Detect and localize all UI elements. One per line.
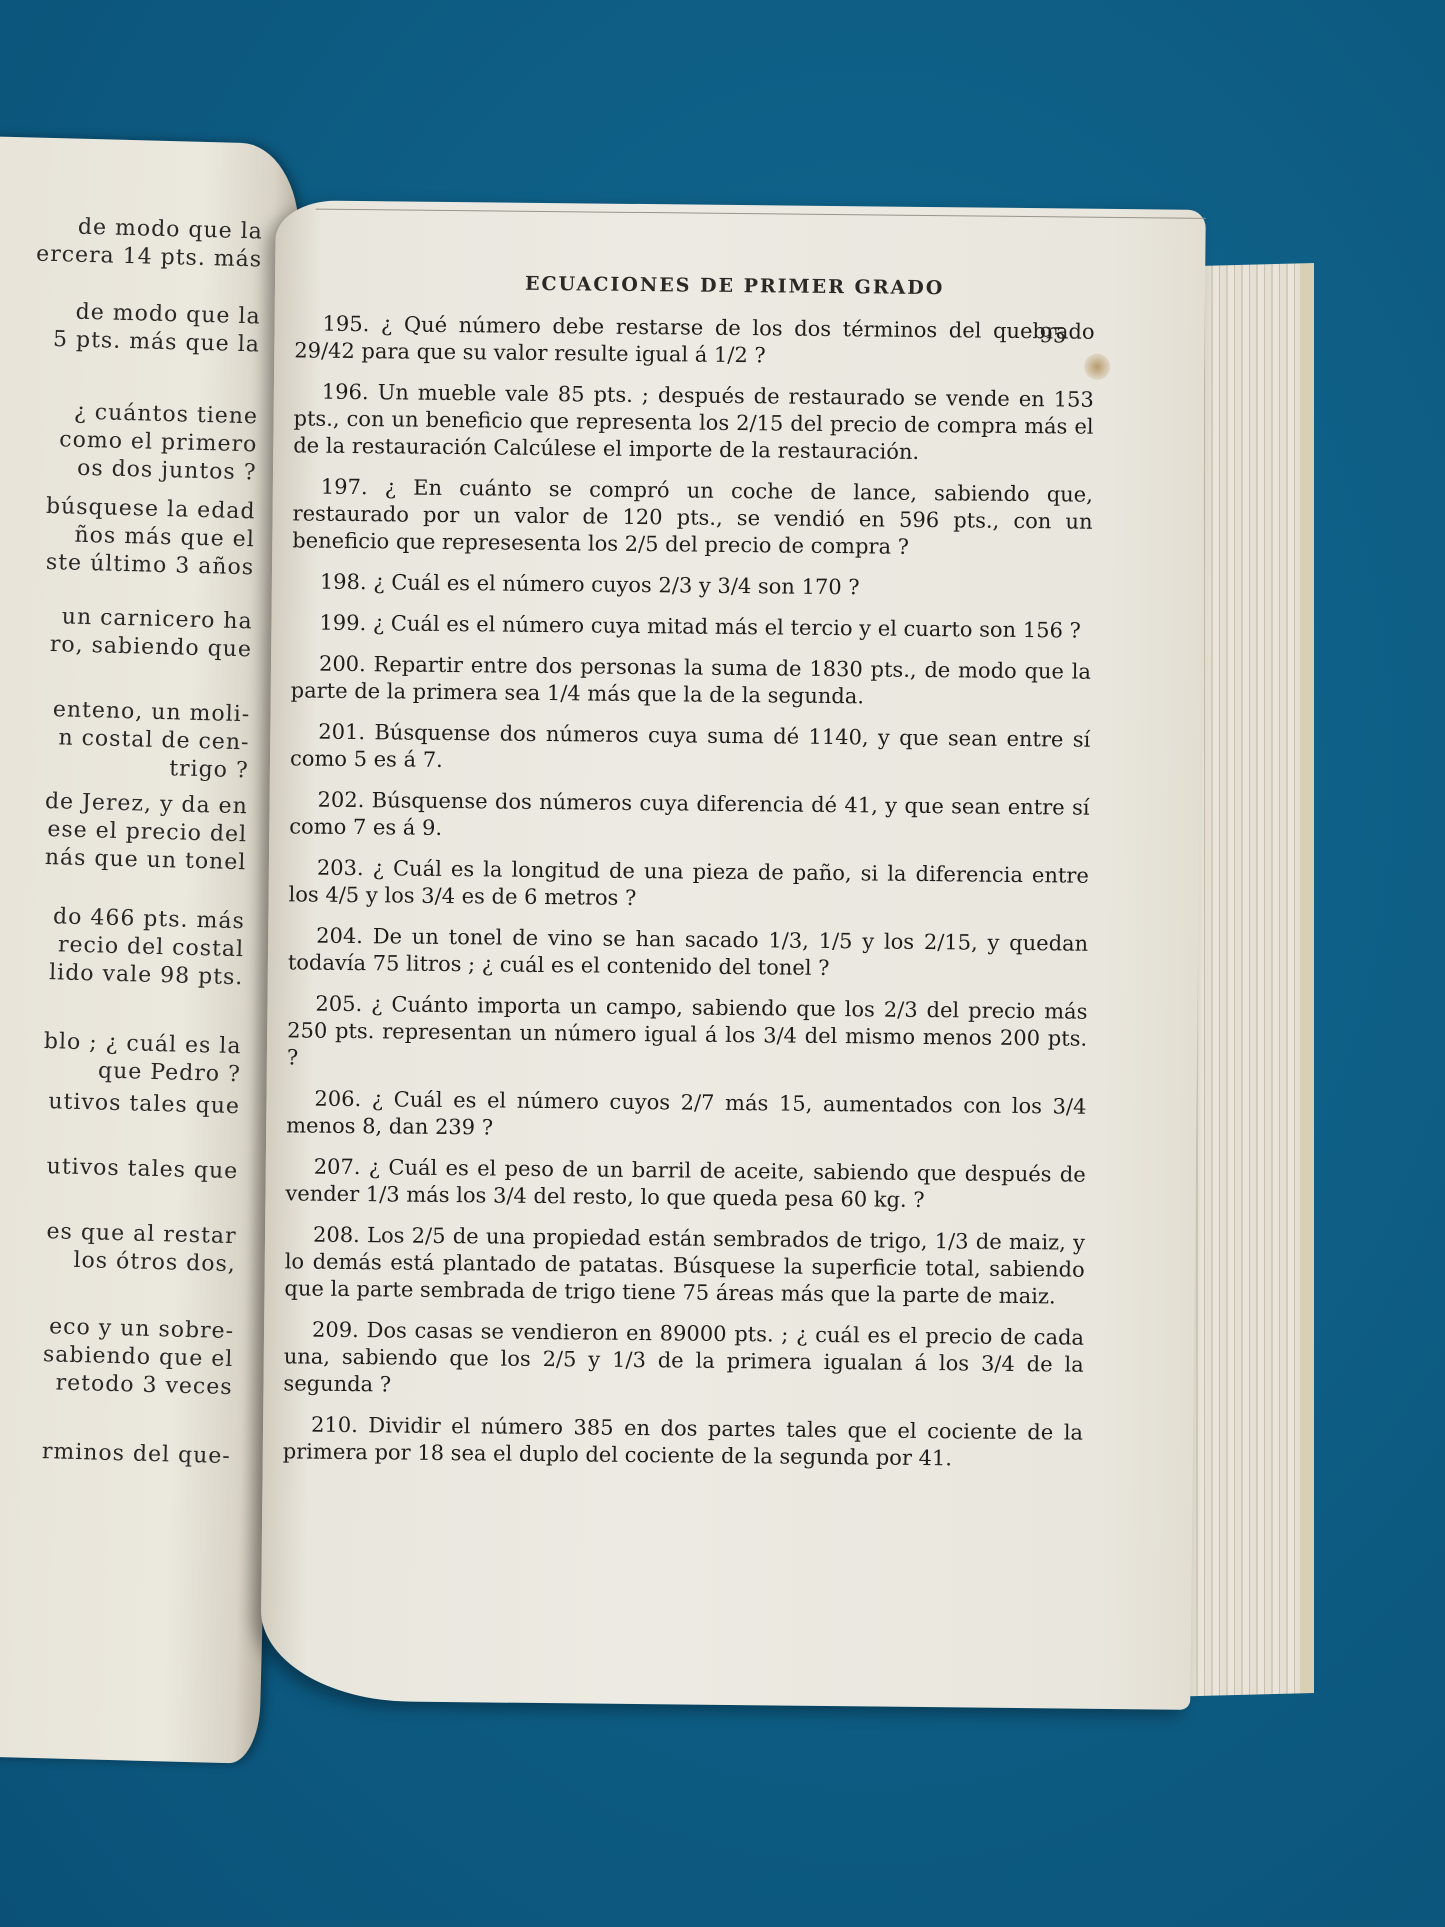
left-page: de modo que laercera 14 pts. másde modo …: [0, 136, 301, 1764]
left-page-text-fragment: utivos tales que: [48, 1088, 240, 1121]
problem-text: Los 2/5 de una propiedad están sembrados…: [284, 1223, 1085, 1308]
problem-text: Búsquense dos números cuya suma dé 1140,…: [290, 720, 1090, 772]
left-page-text-fragment: ro, sabiendo que: [50, 631, 253, 664]
left-page-text-fragment: os dos juntos ?: [77, 455, 257, 488]
problem-number: 208.: [313, 1223, 360, 1247]
left-page-text-fragment: nás que un tonel: [45, 844, 247, 877]
problem-item: 205. ¿ Cuánto importa un campo, sabiendo…: [287, 990, 1088, 1079]
left-page-text-fragment: ercera 14 pts. más: [36, 241, 263, 275]
problem-number: 210.: [311, 1413, 358, 1437]
right-page: ECUACIONES DE PRIMER GRADO 95 195. ¿ Qué…: [260, 200, 1206, 1710]
problem-item: 209. Dos casas se vendieron en 89000 pts…: [283, 1316, 1084, 1405]
problem-number: 203.: [317, 856, 364, 880]
problem-item: 198. ¿ Cuál es el número cuyos 2/3 y 3/4…: [292, 568, 1092, 603]
problem-text: Un mueble vale 85 pts. ; después de rest…: [293, 380, 1094, 464]
problem-text: Búsquense dos números cuya diferencia dé…: [289, 788, 1089, 840]
left-page-text-fragment: los ótros dos,: [73, 1247, 236, 1279]
problem-item: 196. Un mueble vale 85 pts. ; después de…: [293, 378, 1094, 467]
problem-number: 199.: [319, 611, 366, 635]
problem-number: 204.: [316, 924, 363, 948]
problem-item: 195. ¿ Qué número debe restarse de los d…: [294, 310, 1095, 372]
top-rule: [316, 209, 1206, 219]
problem-number: 195.: [322, 312, 369, 336]
left-page-text-fragment: trigo ?: [169, 755, 249, 785]
problem-item: 197. ¿ En cuánto se compró un coche de l…: [292, 473, 1093, 562]
problem-list: 195. ¿ Qué número debe restarse de los d…: [282, 310, 1094, 1487]
left-page-text-fragment: que Pedro ?: [98, 1057, 241, 1089]
problem-item: 208. Los 2/5 de una propiedad están semb…: [284, 1221, 1085, 1310]
problem-text: ¿ Cuál es el número cuyos 2/7 más 15, au…: [286, 1087, 1086, 1139]
problem-number: 205.: [315, 992, 362, 1016]
problem-item: 202. Búsquense dos números cuya diferenc…: [289, 786, 1090, 848]
problem-item: 199. ¿ Cuál es el número cuya mitad más …: [291, 609, 1091, 644]
problem-item: 203. ¿ Cuál es la longitud de una pieza …: [288, 854, 1089, 916]
problem-number: 197.: [321, 475, 368, 499]
problem-item: 200. Repartir entre dos personas la suma…: [291, 650, 1092, 712]
left-page-text-fragment: n costal de cen-: [58, 724, 250, 757]
problem-number: 202.: [317, 788, 364, 812]
left-page-text-fragment: ste último 3 años: [46, 549, 255, 582]
problem-text: ¿ Cuál es el número cuya mitad más el te…: [373, 611, 1081, 642]
problem-text: De un tonel de vino se han sacado 1/3, 1…: [288, 924, 1088, 980]
problem-item: 201. Búsquense dos números cuya suma dé …: [290, 718, 1091, 780]
problem-text: ¿ Cuál es el peso de un barril de aceite…: [285, 1155, 1085, 1212]
problem-text: Dos casas se vendieron en 89000 pts. ; ¿…: [283, 1318, 1084, 1396]
left-page-text-fragment: lido vale 98 pts.: [49, 959, 244, 992]
problem-text: Repartir entre dos personas la suma de 1…: [291, 652, 1091, 708]
left-page-text-fragment: utivos tales que: [46, 1153, 238, 1186]
problem-number: 200.: [319, 652, 366, 676]
problem-number: 201.: [318, 720, 365, 744]
running-head: ECUACIONES DE PRIMER GRADO: [525, 273, 945, 299]
left-page-text-fragment: 5 pts. más que la: [53, 326, 261, 359]
problem-number: 196.: [322, 380, 369, 404]
problem-number: 209.: [312, 1318, 359, 1342]
problem-number: 207.: [314, 1155, 361, 1179]
problem-number: 206.: [314, 1087, 361, 1111]
problem-text: ¿ Cuánto importa un campo, sabiendo que …: [287, 992, 1088, 1069]
problem-item: 207. ¿ Cuál es el peso de un barril de a…: [285, 1153, 1086, 1215]
problem-text: ¿ En cuánto se compró un coche de lance,…: [292, 475, 1093, 558]
problem-item: 204. De un tonel de vino se han sacado 1…: [288, 922, 1089, 984]
problem-text: Dividir el número 385 en dos partes tale…: [283, 1413, 1083, 1470]
left-page-text-fragment: blo ; ¿ cuál es la: [44, 1028, 242, 1061]
problem-text: ¿ Qué número debe restarse de los dos té…: [294, 312, 1094, 367]
problem-item: 210. Dividir el número 385 en dos partes…: [283, 1411, 1084, 1473]
problem-text: ¿ Cuál es la longitud de una pieza de pa…: [288, 856, 1088, 910]
problem-text: ¿ Cuál es el número cuyos 2/3 y 3/4 son …: [373, 570, 859, 599]
left-page-text-fragment: retodo 3 veces: [55, 1369, 233, 1402]
problem-number: 198.: [320, 570, 367, 594]
problem-item: 206. ¿ Cuál es el número cuyos 2/7 más 1…: [286, 1085, 1087, 1147]
left-page-text-fragment: rminos del que-: [42, 1438, 232, 1471]
